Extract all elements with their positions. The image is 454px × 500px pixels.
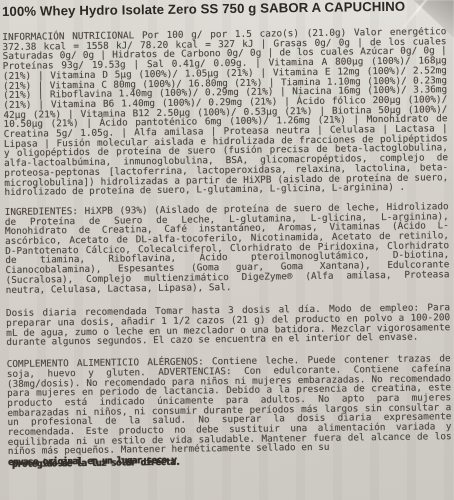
product-title: 100% Whey Hydro Isolate Zero SS 750 g SA… xyxy=(2,0,446,19)
nutrition-info-text: INFORMACIÓN NUTRICIONAL Por 100 g/ por 1… xyxy=(2,27,448,198)
label-photo: 100% Whey Hydro Isolate Zero SS 750 g SA… xyxy=(0,0,454,500)
label-text-block: 100% Whey Hydro Isolate Zero SS 750 g SA… xyxy=(2,0,452,470)
allergens-warnings-text: COMPLEMENTO ALIMENTICIO ALÉRGENOS: Conti… xyxy=(7,354,452,457)
overprint-line-bottom: protegido de la luz solar directa. xyxy=(12,457,180,470)
dosage-instructions-text: Dosis diaria recomendada Tomar hasta 3 d… xyxy=(6,303,450,348)
ingredients-text: INGREDIENTES: HiXPB (93%) (Aislado de pr… xyxy=(5,202,450,295)
